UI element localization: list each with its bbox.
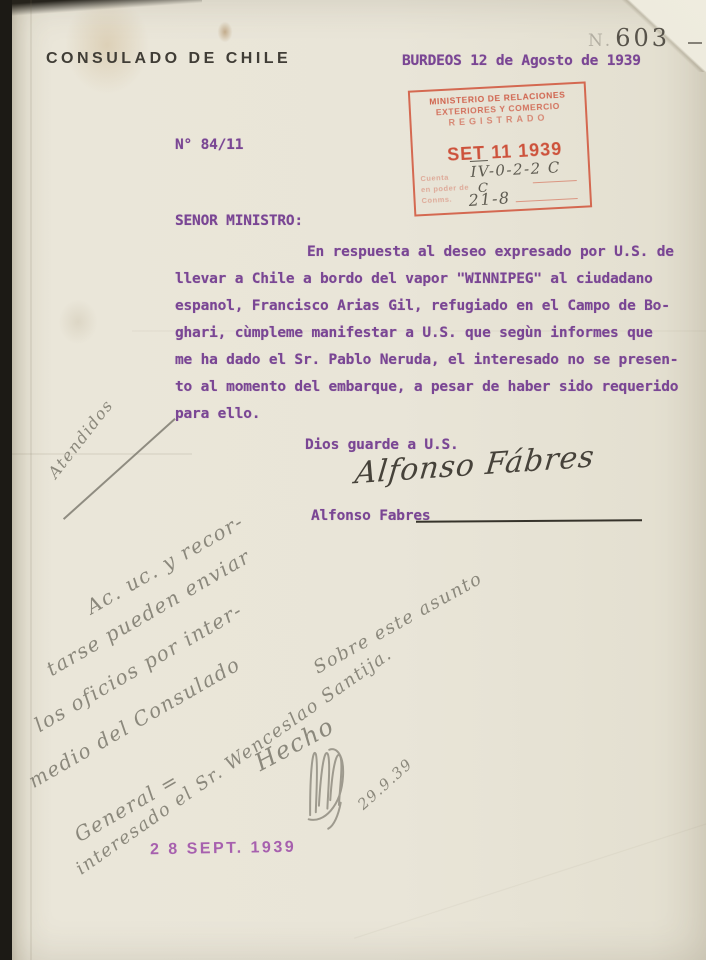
vertical-crease: [30, 0, 32, 960]
classification-code: 21-8: [468, 188, 511, 210]
body-line: En respuesta al deseo expresado por U.S.…: [175, 239, 687, 266]
received-date-stamp: 2 8 SEPT. 1939: [150, 839, 296, 860]
paper-sheet: CONSULADO DE CHILE N.603 BURDEOS 12 de A…: [12, 0, 706, 960]
folio-number-stamp: N.603: [588, 24, 670, 52]
salutation: SENOR MINISTRO:: [175, 213, 303, 229]
folio-number: 603: [615, 24, 670, 52]
classification-roman: IV: [470, 160, 489, 181]
body-line: para ello.: [175, 401, 687, 428]
letterhead-title: CONSULADO DE CHILE: [46, 50, 291, 68]
folio-dash-mark: [688, 42, 702, 44]
pencil-note-line: Sobre este asunto: [310, 568, 486, 678]
dateline: BURDEOS 12 de Agosto de 1939: [402, 53, 641, 69]
horizontal-crease: [12, 453, 192, 455]
reference-number: N° 84/11: [175, 137, 243, 153]
stamp-fine-print: Conms.: [421, 195, 452, 206]
stamp-rule: [533, 180, 577, 183]
letter-body: En respuesta al deseo expresado por U.S.…: [175, 239, 687, 428]
page-tear-shadow: [12, 0, 202, 34]
stamp-fine-print: en poder de: [421, 183, 469, 195]
body-line: ghari, cùmpleme manifestar a U.S. que se…: [175, 320, 687, 347]
body-line: espanol, Francisco Arias Gil, refugiado …: [175, 293, 687, 320]
stamp-rule: [516, 198, 578, 202]
signature-rule-line: [416, 519, 642, 523]
body-line: to al momento del embarque, a pesar de h…: [175, 374, 687, 401]
stamp-fine-print: Cuenta: [420, 173, 449, 183]
body-line: llevar a Chile a bordo del vapor "WINNIP…: [175, 266, 687, 293]
margin-note: Atendidos: [44, 396, 117, 482]
scanned-letter-page: CONSULADO DE CHILE N.603 BURDEOS 12 de A…: [0, 0, 706, 960]
folio-prefix: N.: [588, 31, 613, 51]
classification-rest: -0-2-2 C: [488, 158, 561, 180]
diagonal-crease: [354, 783, 706, 939]
body-line: me ha dado el Sr. Pablo Neruda, el inter…: [175, 347, 687, 374]
signature-typed: Alfonso Fabres: [311, 508, 430, 524]
initials-monogram: [292, 734, 368, 834]
